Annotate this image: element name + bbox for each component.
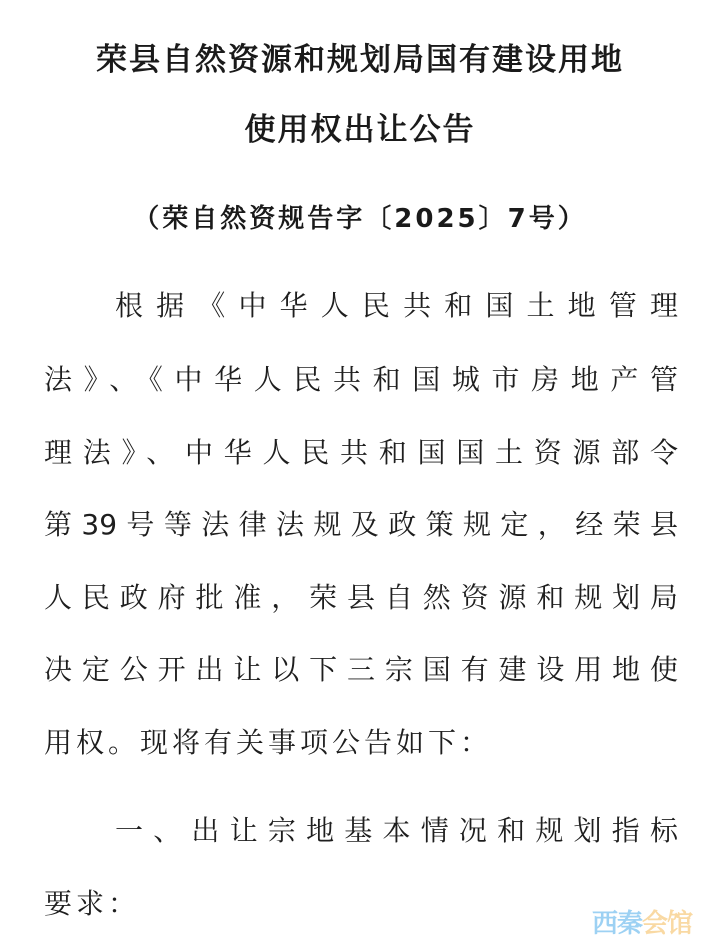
paragraph-line: 第39号等法律法规及政策规定，经荣县 [44, 509, 678, 541]
paragraph-line: 决定公开出让以下三宗国有建设用地使 [44, 654, 678, 686]
watermark-text-blue: 西秦 [592, 909, 642, 939]
paragraph-line: 人民政府批准，荣县自然资源和规划局 [44, 582, 678, 614]
watermark-logo: 西秦会馆 [592, 903, 692, 940]
paragraph-line: 用权。现将有关事项公告如下： [44, 727, 678, 759]
section-heading-line: 一、出让宗地基本情况和规划指标 [115, 815, 678, 847]
document-title-line-1: 荣县自然资源和规划局国有建设用地 [0, 34, 720, 79]
watermark-text-orange: 会馆 [642, 909, 692, 939]
paragraph-line: 法》、《中华人民共和国城市房地产管 [44, 364, 678, 396]
document-number: （荣自然资规告字〔2025〕7号） [0, 198, 720, 235]
document-title-line-2: 使用权出让公告 [0, 104, 720, 149]
paragraph-line: 理法》、中华人民共和国国土资源部令 [44, 437, 678, 469]
section-heading-line: 要求： [44, 888, 678, 920]
paragraph-line: 根据《中华人民共和国土地管理 [115, 290, 678, 322]
